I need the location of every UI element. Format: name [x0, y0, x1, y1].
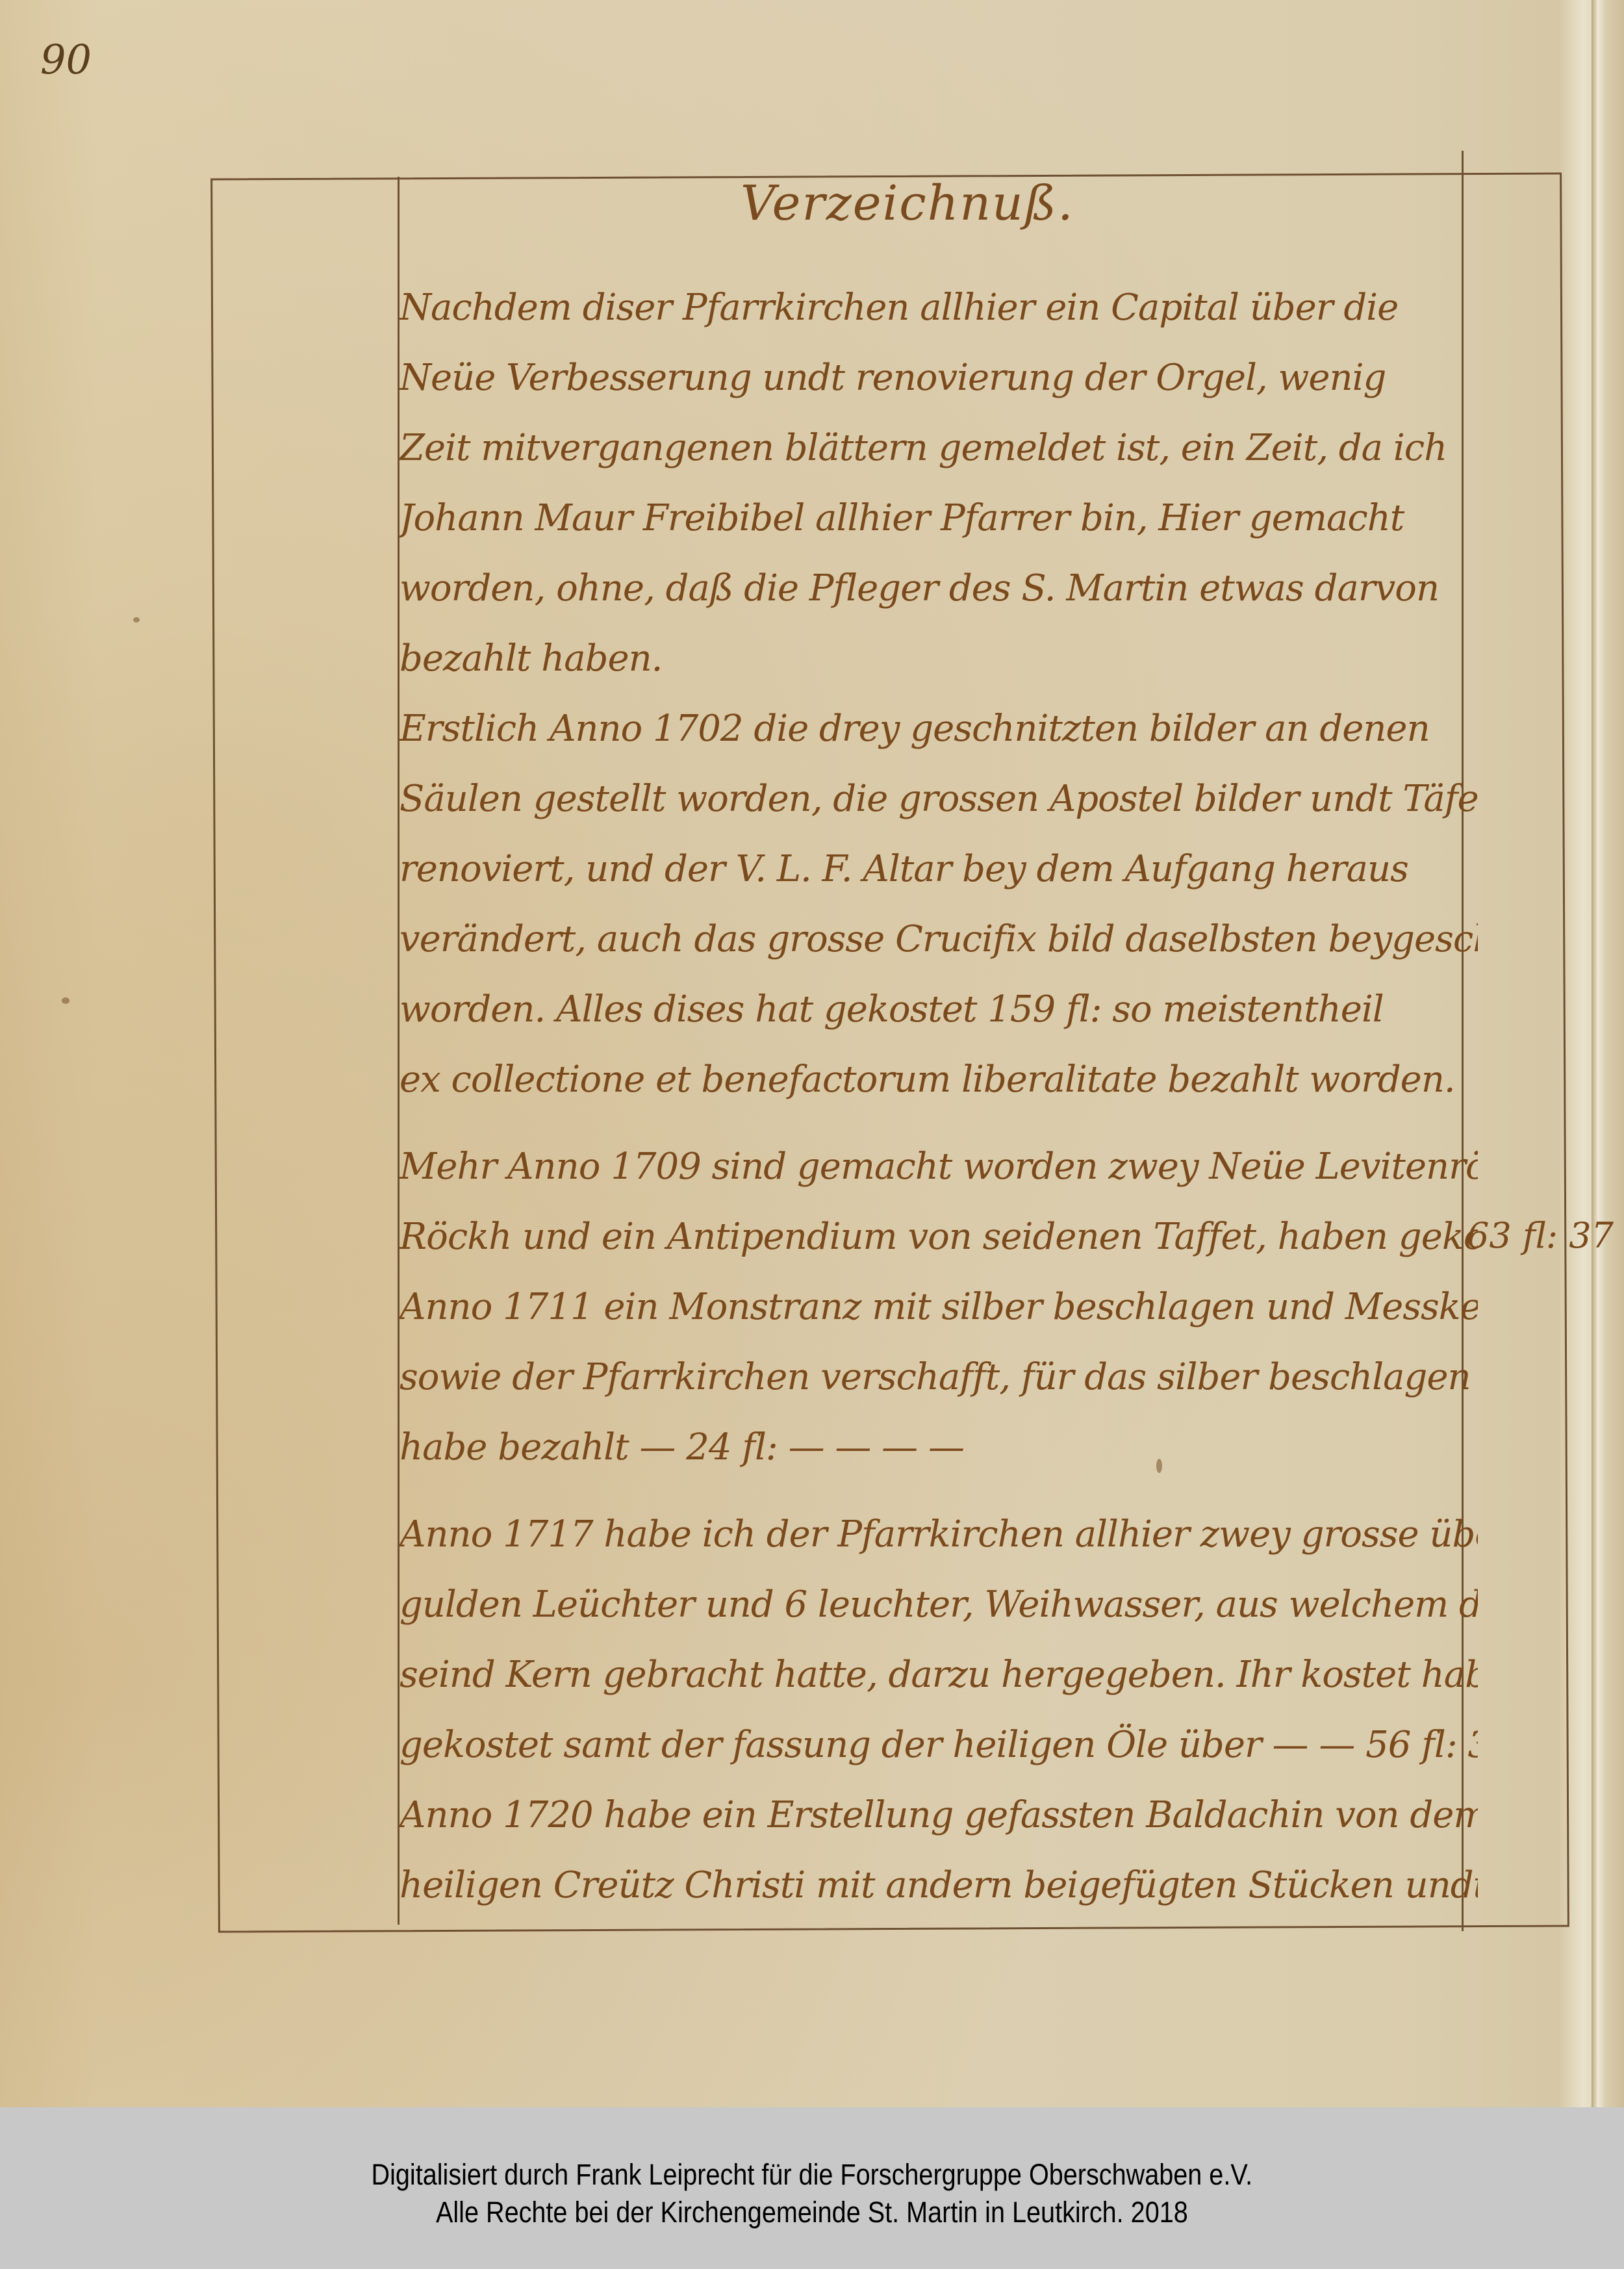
text-line: seind Kern gebracht hatte, darzu hergege…: [400, 1640, 1478, 1710]
text-line: verändert, auch das grosse Crucifix bild…: [400, 904, 1478, 975]
page-heading: Verzeichnuß.: [741, 175, 1074, 231]
text-line: Röckh und ein Antipendium von seidenen T…: [400, 1202, 1478, 1272]
copyright-footer: Digitalisiert durch Frank Leiprecht für …: [0, 2107, 1624, 2269]
manuscript-scan: 90 Verzeichnuß. Nachdem diser Pfarrkirch…: [0, 0, 1624, 2107]
text-line: Anno 1717 habe ich der Pfarrkirchen allh…: [400, 1500, 1478, 1570]
text-line: Anno 1720 habe ein Erstellung gefassten …: [400, 1780, 1478, 1851]
manuscript-text: Nachdem diser Pfarrkirchen allhier ein C…: [400, 273, 1478, 1921]
text-line: gekostet samt der fassung der heiligen Ö…: [400, 1710, 1478, 1780]
text-line: habe bezahlt — 24 fl: — — — —: [400, 1413, 1478, 1483]
text-line: Erstlich Anno 1702 die drey geschnitzten…: [400, 694, 1478, 764]
text-line: gulden Leüchter und 6 leuchter, Weihwass…: [400, 1570, 1478, 1640]
ink-spot: [62, 997, 70, 1004]
text-line: sowie der Pfarrkirchen verschafft, für d…: [400, 1342, 1478, 1413]
text-line: Zeit mitvergangenen blättern gemeldet is…: [400, 413, 1478, 483]
margin-amount: 63 fl: 37: [1467, 1215, 1614, 1256]
text-line: Anno 1711 ein Monstranz mit silber besch…: [400, 1272, 1478, 1342]
text-line: worden, ohne, daß die Pfleger des S. Mar…: [400, 554, 1478, 624]
text-line: Säulen gestellt worden, die grossen Apos…: [400, 764, 1478, 834]
text-line: Nachdem diser Pfarrkirchen allhier ein C…: [400, 273, 1478, 343]
rights-notice: Alle Rechte bei der Kirchengemeinde St. …: [436, 2194, 1188, 2231]
text-line: Mehr Anno 1709 sind gemacht worden zwey …: [400, 1132, 1478, 1202]
text-line: ex collectione et benefactorum liberalit…: [400, 1045, 1478, 1115]
folio-number: 90: [40, 36, 92, 83]
digitization-credit: Digitalisiert durch Frank Leiprecht für …: [372, 2156, 1253, 2194]
text-line: heiligen Creütz Christi mit andern beige…: [400, 1851, 1478, 1921]
text-line: Johann Maur Freibibel allhier Pfarrer bi…: [400, 483, 1478, 554]
book-spine-edge: [1592, 0, 1606, 2107]
text-line: Neüe Verbesserung undt renovierung der O…: [400, 343, 1478, 413]
text-line: worden. Alles dises hat gekostet 159 fl:…: [400, 975, 1478, 1045]
text-line: renoviert, und der V. L. F. Altar bey de…: [400, 834, 1478, 904]
text-line: bezahlt haben.: [400, 624, 1478, 694]
ink-spot: [1156, 1459, 1162, 1473]
ink-spot: [133, 617, 140, 622]
